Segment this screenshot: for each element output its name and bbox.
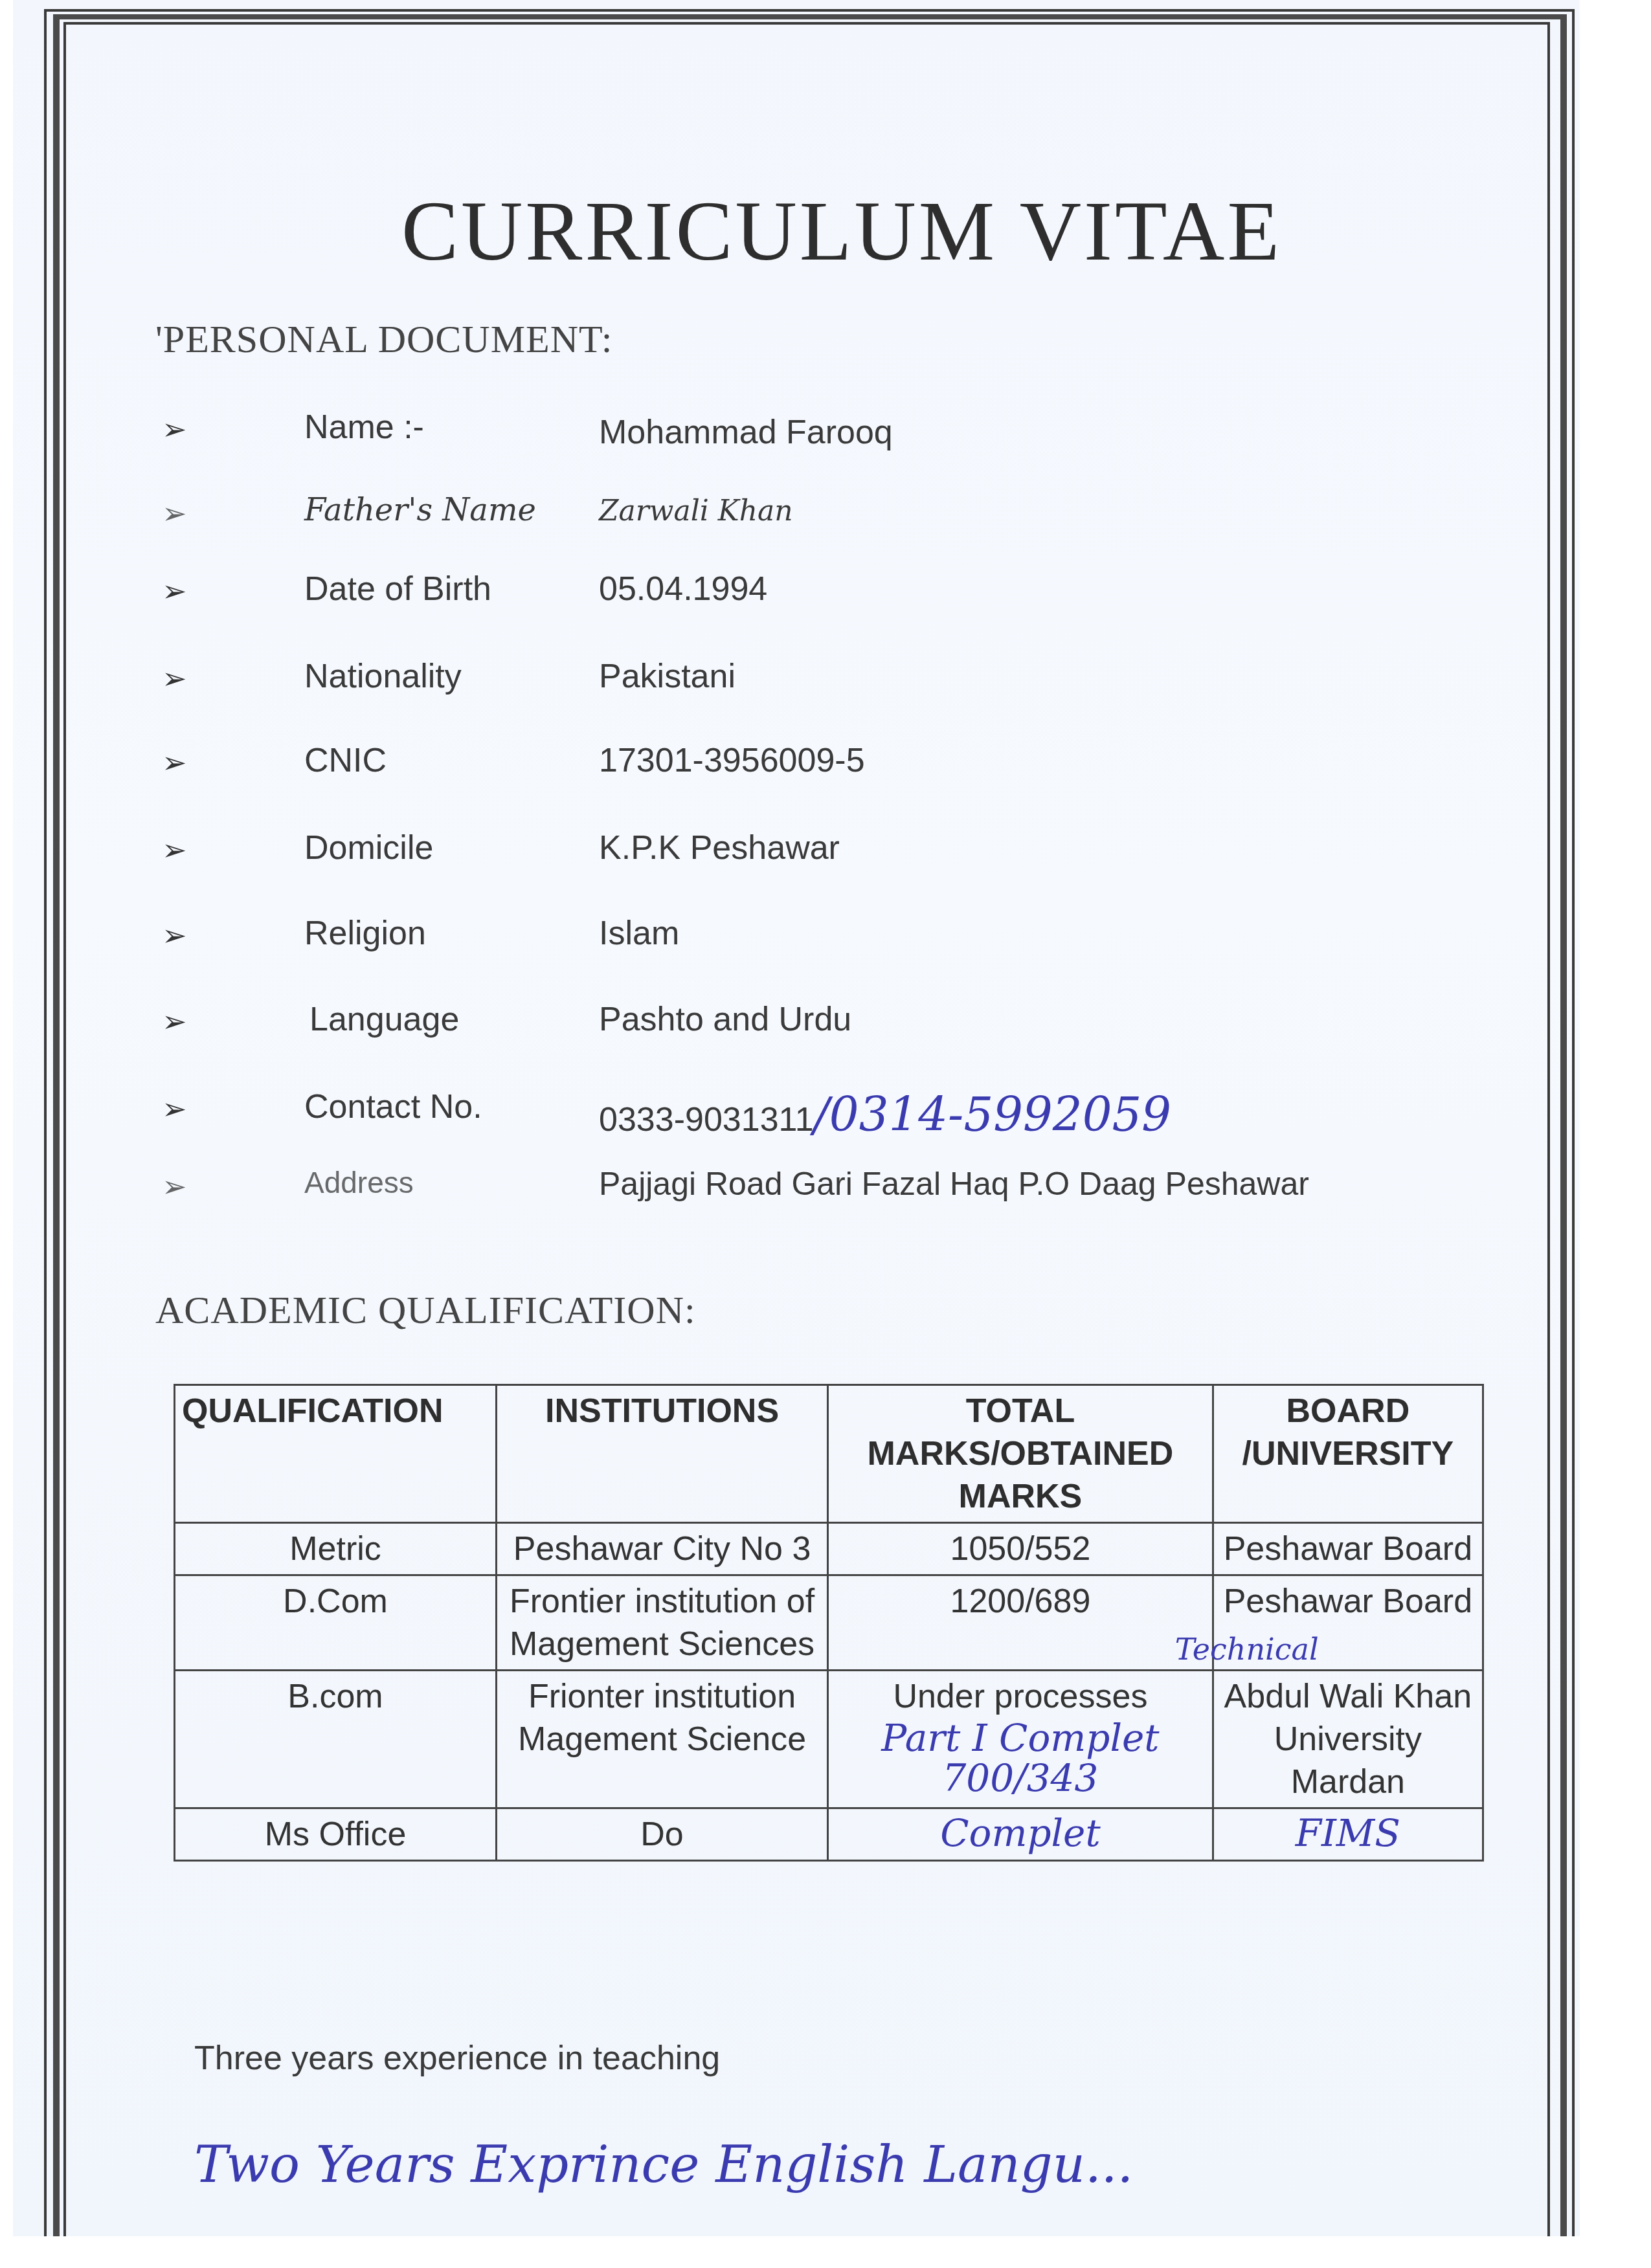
qualification-table: QUALIFICATION INSTITUTIONS TOTAL MARKS/O… <box>174 1384 1484 1862</box>
detail-row-nationality: ➢ Nationality Pakistani <box>162 657 1457 702</box>
column-header-institutions: INSTITUTIONS <box>497 1385 828 1523</box>
detail-row-cnic: ➢ CNIC 17301-3956009-5 <box>162 741 1457 786</box>
cell-qualification: B.com <box>175 1671 497 1808</box>
detail-label: Domicile <box>304 828 433 867</box>
table-row: Ms Office Do Complet FIMS <box>175 1808 1483 1861</box>
detail-row-name: ➢ Name :- Mohammad Farooq <box>162 408 1457 453</box>
detail-value: Pakistani <box>599 657 736 696</box>
contact-number-handwritten: /0314-5992059 <box>814 1087 1171 1142</box>
arrow-bullet-icon: ➢ <box>162 745 187 780</box>
detail-value: Pajjagi Road Gari Fazal Haq P.O Daag Pes… <box>599 1165 1309 1203</box>
detail-label: Address <box>304 1165 414 1200</box>
cell-qualification: Ms Office <box>175 1808 497 1861</box>
detail-value: Mohammad Farooq <box>599 413 893 452</box>
personal-section-heading: 'PERSONAL DOCUMENT: <box>155 317 612 362</box>
arrow-bullet-icon: ➢ <box>162 573 187 608</box>
cell-qualification: Metric <box>175 1523 497 1575</box>
detail-label: CNIC <box>304 741 387 780</box>
arrow-bullet-icon: ➢ <box>162 1004 187 1039</box>
column-header-marks: TOTAL MARKS/OBTAINED MARKS <box>828 1385 1213 1523</box>
detail-label: Nationality <box>304 657 462 696</box>
experience-handwritten-note: Two Years Exprince English Langu... <box>194 2136 1133 2194</box>
cell-board: Peshawar Board <box>1213 1523 1483 1575</box>
detail-value: Islam <box>599 914 679 953</box>
cell-marks: Complet <box>828 1808 1213 1861</box>
cell-qualification: D.Com <box>175 1575 497 1671</box>
cell-institution: Do <box>497 1808 828 1861</box>
cell-institution: Frionter institution Magement Science <box>497 1671 828 1808</box>
cell-institution: Frontier institution of Magement Science… <box>497 1575 828 1671</box>
detail-row-language: ➢ Language Pashto and Urdu <box>162 1000 1457 1045</box>
arrow-bullet-icon: ➢ <box>162 412 187 447</box>
arrow-bullet-icon: ➢ <box>162 496 187 531</box>
detail-label: Father's Name <box>304 492 536 528</box>
detail-value: 05.04.1994 <box>599 570 767 608</box>
column-header-qualification: QUALIFICATION <box>175 1385 497 1523</box>
arrow-bullet-icon: ➢ <box>162 1169 187 1204</box>
table-row: B.com Frionter institution Magement Scie… <box>175 1671 1483 1808</box>
experience-text: Three years experience in teaching <box>194 2039 720 2078</box>
board-handwritten-note: Technical <box>1175 1628 1319 1671</box>
detail-row-father-name: ➢ Father's Name Zarwali Khan <box>162 492 1457 537</box>
detail-row-contact: ➢ Contact No. 0333-9031311/0314-5992059 <box>162 1087 1457 1133</box>
cell-board: Abdul Wali Khan University Mardan <box>1213 1671 1483 1808</box>
marks-printed: Under processes <box>893 1678 1147 1715</box>
marks-handwritten-note: Part I Complet 700/343 <box>835 1718 1206 1798</box>
arrow-bullet-icon: ➢ <box>162 832 187 867</box>
detail-value: 17301-3956009-5 <box>599 741 865 780</box>
detail-value: 0333-9031311/0314-5992059 <box>599 1087 1171 1142</box>
arrow-bullet-icon: ➢ <box>162 1091 187 1126</box>
contact-number-printed: 0333-9031311 <box>599 1101 814 1139</box>
detail-value: K.P.K Peshawar <box>599 828 840 867</box>
arrow-bullet-icon: ➢ <box>162 918 187 953</box>
cell-marks: 1050/552 <box>828 1523 1213 1575</box>
marks-handwritten-note: Complet <box>835 1813 1206 1853</box>
detail-label: Date of Birth <box>304 570 491 608</box>
detail-value: Pashto and Urdu <box>599 1000 851 1039</box>
academic-section-heading: ACADEMIC QUALIFICATION: <box>155 1288 696 1333</box>
cell-board: Peshawar Board Technical <box>1213 1575 1483 1671</box>
detail-row-domicile: ➢ Domicile K.P.K Peshawar <box>162 828 1457 874</box>
cell-board: FIMS <box>1213 1808 1483 1861</box>
page-margin-bottom <box>0 2236 1651 2268</box>
cell-marks: Under processes Part I Complet 700/343 <box>828 1671 1213 1808</box>
arrow-bullet-icon: ➢ <box>162 661 187 696</box>
detail-label: Language <box>309 1000 459 1039</box>
document-title: CURRICULUM VITAE <box>401 181 1282 280</box>
table-header-row: QUALIFICATION INSTITUTIONS TOTAL MARKS/O… <box>175 1385 1483 1523</box>
detail-row-religion: ➢ Religion Islam <box>162 914 1457 959</box>
cell-institution: Peshawar City No 3 <box>497 1523 828 1575</box>
detail-label: Contact No. <box>304 1087 482 1126</box>
detail-row-dob: ➢ Date of Birth 05.04.1994 <box>162 570 1457 615</box>
board-handwritten-note: FIMS <box>1220 1813 1476 1853</box>
detail-row-address: ➢ Address Pajjagi Road Gari Fazal Haq P.… <box>162 1165 1457 1210</box>
column-header-board: BOARD /UNIVERSITY <box>1213 1385 1483 1523</box>
cell-marks: 1200/689 <box>828 1575 1213 1671</box>
table-row: Metric Peshawar City No 3 1050/552 Pesha… <box>175 1523 1483 1575</box>
detail-label: Name :- <box>304 408 424 447</box>
detail-value: Zarwali Khan <box>599 495 793 528</box>
board-printed: Peshawar Board <box>1224 1583 1472 1620</box>
table-row: D.Com Frontier institution of Magement S… <box>175 1575 1483 1671</box>
detail-label: Religion <box>304 914 426 953</box>
